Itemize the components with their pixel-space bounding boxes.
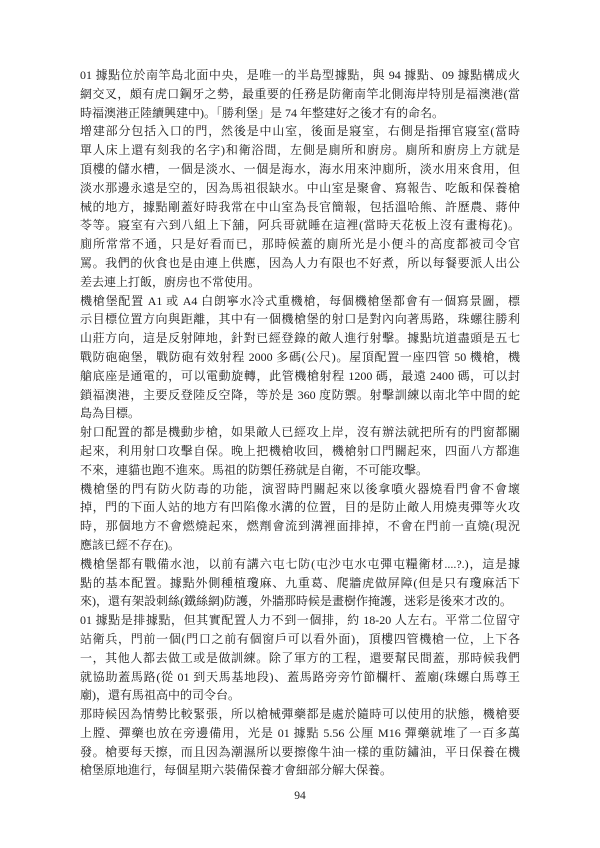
text-line: 鎖福澳港，主要反登陸反空降，等於是 360 度防禦。射擊訓練以南北竿中間的蛇 <box>80 386 520 405</box>
text-line: 苓等。寢室有六到八組上下舖，阿兵哥就睡在這裡(當時天花板上沒有畫梅花)。 <box>80 216 520 235</box>
text-line: 機槍堡的門有防火防毒的功能，演習時門關起來以後拿噴火器燒看門會不會壞 <box>80 480 520 499</box>
text-line: 機槍堡配置 A1 或 A4 白朗寧水冷式重機槍，每個機槍堡都會有一個寫景圖，標 <box>80 292 520 311</box>
text-line: 掉，門的下面人站的地方有凹陷像水溝的位置，目的是防止敵人用燒夷彈等火攻 <box>80 498 520 517</box>
text-line: 射口配置的都是機動步槍，如果敵人已經攻上岸，沒有辦法就把所有的門窗都關 <box>80 423 520 442</box>
document-page: 01 據點位於南竿島北面中央，是唯一的半島型據點，與 94 據點、09 據點構成… <box>0 0 600 848</box>
text-line: 頂樓的儲水槽，一個是淡水、一個是海水，海水用來沖廁所，淡水用來食用，但 <box>80 160 520 179</box>
text-line: 上膛、彈藥也放在旁邊備用，光是 01 據點 5.56 公厘 M16 彈藥就堆了一… <box>80 724 520 743</box>
text-line: 廟)，還有馬祖高中的司令台。 <box>80 686 520 705</box>
text-line: 站衛兵，門前一個(門口之前有個窗戶可以看外面)，頂樓四管機槍一位，上下各 <box>80 630 520 649</box>
text-line: 起來，利用射口攻擊自保。晚上把機槍收回，機槍射口門關起來，四面八方都進 <box>80 442 520 461</box>
text-line: 罵。我們的伙食也是由連上供應，因為人力有限也不好煮，所以每餐要派人出公 <box>80 254 520 273</box>
text-line: 槍堡原地進行，每個星期六裝備保養才會細部分解大保養。 <box>80 761 520 780</box>
text-line: 時福澳港正陸續興建中)。「勝利堡」是 74 年整建好之後才有的命名。 <box>80 104 520 123</box>
text-line: 應該已經不存在)。 <box>80 536 520 555</box>
text-line: 機槍堡都有戰備水池，以前有講六屯七防(屯沙屯水屯彈屯糧衛材....?.)，這是據 <box>80 555 520 574</box>
text-line: 點的基本配置。據點外側種植瓊麻、九重葛、爬牆虎做屏障(但是只有瓊麻活下 <box>80 574 520 593</box>
text-line: 差去連上打飯，廚房也不常使用。 <box>80 273 520 292</box>
text-line: 01 據點位於南竿島北面中央，是唯一的半島型據點，與 94 據點、09 據點構成… <box>80 66 520 85</box>
text-line: 示目標位置方向與距離，其中有一個機槍堡的射口是對內向著馬路，珠螺往勝利 <box>80 310 520 329</box>
text-line: 時，那個地方不會燃燒起來，燃劑會流到溝裡面排掉，不會在門前一直燒(現況 <box>80 517 520 536</box>
text-block: 01 據點位於南竿島北面中央，是唯一的半島型據點，與 94 據點、09 據點構成… <box>80 66 520 780</box>
text-line: 增建部分包括入口的門，然後是中山室，後面是寢室，右側是指揮官寢室(當時 <box>80 122 520 141</box>
text-line: 就協助蓋馬路(從 01 到天馬基地段)、蓋馬路旁旁竹節欄杆、蓋廟(珠螺白馬尊王 <box>80 668 520 687</box>
text-line: 淡水那邊永遠是空的，因為馬祖很缺水。中山室是聚會、寫報告、吃飯和保養槍 <box>80 179 520 198</box>
text-line: 來)，還有架設刺絲(鐵絲網)防護，外牆那時候是畫樹作掩護，迷彩是後來才改的。 <box>80 592 520 611</box>
text-line: 島為目標。 <box>80 404 520 423</box>
text-line: 一，其他人都去做工或是做訓練。除了軍方的工程，還要幫民間蓋，那時候我們 <box>80 649 520 668</box>
text-line: 01 據點是排據點，但其實配置人力不到一個排，約 18-20 人左右。平常二位留… <box>80 611 520 630</box>
text-line: 單人床上還有刻我的名字)和衛浴間，左側是廁所和廚房。廁所和廚房上方就是 <box>80 141 520 160</box>
text-line: 廁所常常不通，只是好看而已，那時候蓋的廁所光是小便斗的高度都被司令官 <box>80 235 520 254</box>
text-line: 發。槍要每天擦，而且因為潮濕所以要擦像牛油一樣的重防鏽油，平日保養在機 <box>80 743 520 762</box>
text-line: 不來，連貓也跑不進來。馬祖的防禦任務就是自衛，不可能攻擊。 <box>80 461 520 480</box>
text-line: 山莊方向，這是反射陣地，針對已經登錄的敵人進行射擊。據點坑道盡頭是五七 <box>80 329 520 348</box>
text-line: 械的地方，據點剛蓋好時我常在中山室為長官簡報，包括溫哈熊、許歷農、蔣仲 <box>80 198 520 217</box>
text-line: 那時候因為情勢比較緊張，所以槍械彈藥都是處於隨時可以使用的狀態，機槍要 <box>80 705 520 724</box>
text-line: 戰防砲砲堡，戰防砲有效射程 2000 多碼(公尺)。屋頂配置一座四管 50 機槍… <box>80 348 520 367</box>
text-line: 艙底座是通電的，可以電動旋轉，此管機槍射程 1200 碼，最遠 2400 碼，可… <box>80 367 520 386</box>
text-line: 網交叉，頗有虎口鋼牙之勢，最重要的任務是防衛南竿北側海岸特別是福澳港(當 <box>80 85 520 104</box>
page-number: 94 <box>0 790 600 802</box>
